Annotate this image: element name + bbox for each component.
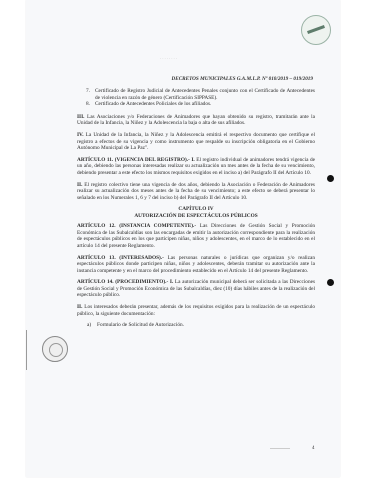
article-title: ARTÍCULO 13. (INTERESADOS).- bbox=[77, 255, 164, 261]
article-title: ARTÍCULO 14. (PROCEDIMIENTO).- I. bbox=[77, 279, 173, 285]
paragraph-text: La Unidad de la Infancia, la Niñez y la … bbox=[77, 132, 315, 151]
article-13: ARTÍCULO 13. (INTERESADOS).- Las persona… bbox=[77, 255, 315, 275]
paragraph-IV: IV. La Unidad de la Infancia, la Niñez y… bbox=[77, 132, 315, 152]
list-letter: a) bbox=[87, 322, 97, 329]
document-body: 7. Certificado de Registro Judicial de A… bbox=[77, 88, 315, 329]
list-item: a) Formulario de Solicitud de Autorizaci… bbox=[87, 322, 315, 329]
article-11: ARTÍCULO 11. (VIGENCIA DEL REGISTRO).- I… bbox=[77, 157, 315, 177]
list-number: 8. bbox=[86, 101, 95, 108]
paragraph-text: Los interesados deberán presentar, ademá… bbox=[77, 304, 315, 317]
article-12: ARTÍCULO 12. (INSTANCIA COMPETENTE).- La… bbox=[77, 223, 315, 249]
list-item: 7. Certificado de Registro Judicial de A… bbox=[86, 88, 315, 101]
faint-mark bbox=[270, 448, 290, 449]
chapter-title: AUTORIZACIÓN DE ESPECTÁCULOS PÚBLICOS bbox=[77, 213, 315, 219]
paragraph-lead: III. bbox=[77, 114, 85, 120]
list-text: Certificado de Registro Judicial de Ante… bbox=[95, 88, 315, 101]
faint-stamp-text: ........ bbox=[160, 56, 178, 61]
list-item: 8. Certificado de Antecedentes Policiale… bbox=[86, 101, 315, 108]
punch-hole-mark-icon bbox=[327, 279, 334, 286]
article-14: ARTÍCULO 14. (PROCEDIMIENTO).- I. La aut… bbox=[77, 279, 315, 299]
document-header: DECRETOS MUNICIPALES G.A.M.L.P. Nº 010/2… bbox=[138, 76, 313, 82]
seal-stamp-top-icon bbox=[301, 15, 331, 45]
punch-hole-mark-icon bbox=[327, 175, 334, 182]
article-title: ARTÍCULO 11. (VIGENCIA DEL REGISTRO).- I… bbox=[77, 157, 195, 163]
list-text: Certificado de Antecedentes Policiales d… bbox=[95, 101, 315, 108]
paragraph-text: Las Asociaciones y/o Federaciones de Ani… bbox=[77, 114, 315, 127]
paragraph-III: III. Las Asociaciones y/o Federaciones d… bbox=[77, 114, 315, 127]
list-number: 7. bbox=[86, 88, 95, 101]
list-text: Formulario de Solicitud de Autorización. bbox=[97, 322, 184, 329]
page-number: 4 bbox=[312, 446, 315, 451]
paragraph-text: El registro colectivo tiene una vigencia… bbox=[77, 182, 315, 201]
article-11-paragraph-II: II. El registro colectivo tiene una vige… bbox=[77, 182, 315, 202]
article-14-paragraph-II: II. Los interesados deberán presentar, a… bbox=[77, 304, 315, 317]
article-title: ARTÍCULO 12. (INSTANCIA COMPETENTE).- bbox=[77, 223, 196, 229]
seal-stamp-left-icon bbox=[42, 336, 68, 362]
chapter-heading: CAPÍTULO IV AUTORIZACIÓN DE ESPECTÁCULOS… bbox=[77, 206, 315, 219]
page-edge-mark bbox=[26, 330, 27, 370]
